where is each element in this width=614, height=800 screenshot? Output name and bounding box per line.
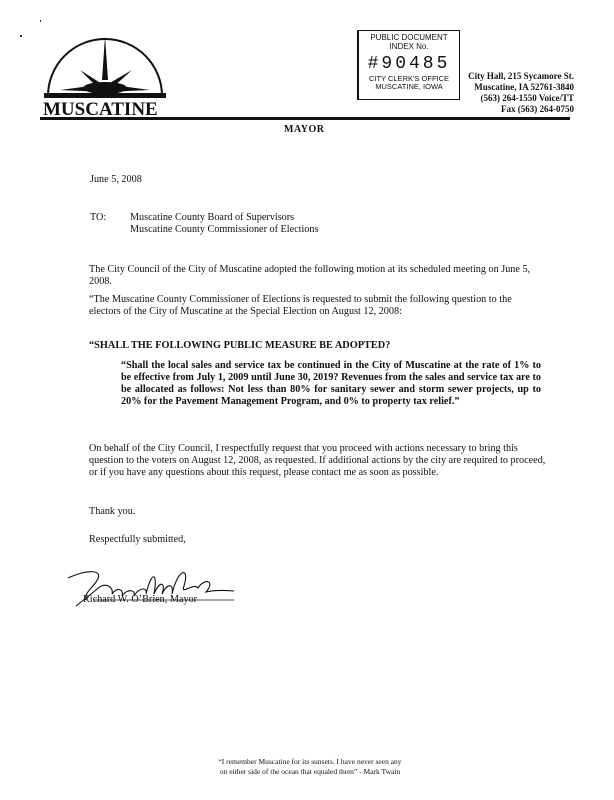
paragraph-closing-request: On behalf of the City Council, I respect… <box>89 443 549 479</box>
recipient: Muscatine County Commissioner of Electio… <box>130 224 318 236</box>
sunburst-arch-logo-icon <box>40 30 170 100</box>
ballot-question-heading: “SHALL THE FOLLOWING PUBLIC MEASURE BE A… <box>89 340 390 351</box>
to-label: TO: <box>90 212 106 224</box>
recipients: Muscatine County Board of Supervisors Mu… <box>130 212 318 236</box>
quote-line: “I remember Muscatine for its sunsets. I… <box>180 757 440 767</box>
stamp-subtitle: INDEX No. <box>359 42 459 51</box>
scan-speck <box>40 20 41 22</box>
muscatine-logo: MUSCATINE <box>40 30 170 122</box>
phone-line: (563) 264-1550 Voice/TT <box>462 93 574 104</box>
scan-speck <box>20 35 22 37</box>
letter-date: June 5, 2008 <box>90 174 142 186</box>
fax-line: Fax (563) 264-0750 <box>462 104 574 115</box>
address-line: Muscatine, IA 52761-3840 <box>462 82 574 93</box>
paragraph-motion: The City Council of the City of Muscatin… <box>89 264 539 288</box>
ballot-measure-text: “Shall the local sales and service tax b… <box>121 360 541 408</box>
recipient: Muscatine County Board of Supervisors <box>130 212 318 224</box>
department-heading: MAYOR <box>284 124 324 135</box>
stamp-title: PUBLIC DOCUMENT <box>359 33 459 42</box>
header-divider <box>40 117 570 120</box>
signer-name: Richard W. O’Brien, Mayor <box>83 594 197 606</box>
paragraph-request: “The Muscatine County Commissioner of El… <box>89 294 539 318</box>
thank-you: Thank you. <box>89 506 135 518</box>
footer-quote: “I remember Muscatine for its sunsets. I… <box>180 757 440 777</box>
stamp-number: #90485 <box>359 53 459 75</box>
public-document-stamp: PUBLIC DOCUMENT INDEX No. #90485 CITY CL… <box>357 30 460 100</box>
address-line: City Hall, 215 Sycamore St. <box>462 71 574 82</box>
closing: Respectfully submitted, <box>89 534 186 546</box>
quote-line: on either side of the ocean that equaled… <box>180 767 440 777</box>
city-hall-address: City Hall, 215 Sycamore St. Muscatine, I… <box>462 71 574 115</box>
stamp-location: MUSCATINE, IOWA <box>359 83 459 91</box>
